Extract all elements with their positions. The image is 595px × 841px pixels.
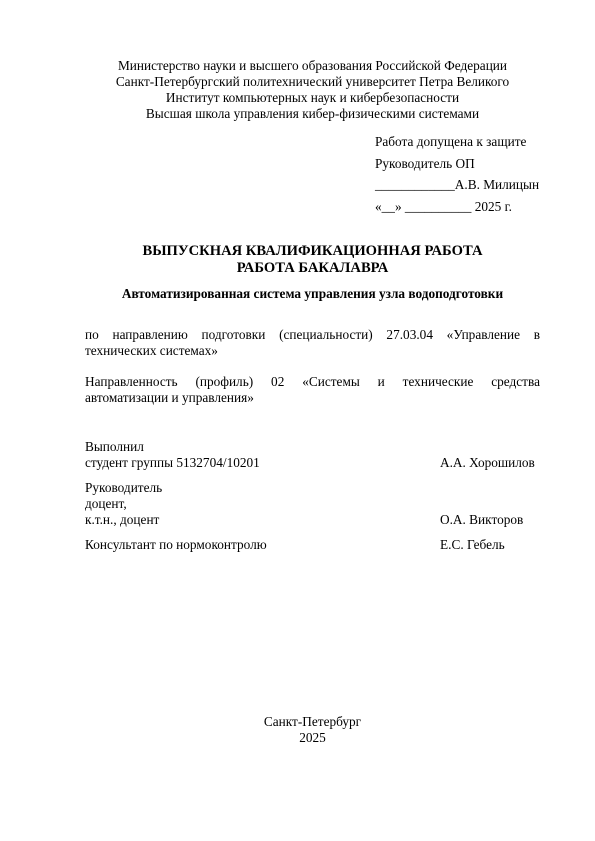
institution-header: Министерство науки и высшего образования… [85,58,540,122]
supervisor-signature: Руководитель доцент, к.т.н., доцент О.А.… [85,480,540,528]
approval-block: Работа допущена к защите Руководитель ОП… [375,131,539,217]
supervisor-label-line-2: доцент, [85,496,162,512]
footer-year: 2025 [85,730,540,746]
direction-paragraph: по направлению подготовки (специальности… [85,327,540,359]
profile-line-1: Направленность (профиль) 02 «Системы и т… [85,374,540,390]
footer: Санкт-Петербург 2025 [85,714,540,746]
ministry-line: Министерство науки и высшего образования… [85,58,540,74]
supervisor-name: О.А. Викторов [440,512,523,528]
profile-paragraph: Направленность (профиль) 02 «Системы и т… [85,374,540,406]
supervisor-label: Руководитель доцент, к.т.н., доцент [85,480,162,528]
footer-city: Санкт-Петербург [85,714,540,730]
thesis-topic: Автоматизированная система управления уз… [85,286,540,302]
supervisor-label-line-1: Руководитель [85,480,162,496]
approval-date-line: «__» __________ 2025 г. [375,196,539,218]
student-signature: Выполнил студент группы 5132704/10201 А.… [85,439,540,471]
title-line-1: ВЫПУСКНАЯ КВАЛИФИКАЦИОННАЯ РАБОТА [85,243,540,260]
profile-line-2: автоматизации и управления» [85,390,540,406]
direction-line-1: по направлению подготовки (специальности… [85,327,540,343]
title-line-2: РАБОТА БАКАЛАВРА [85,260,540,277]
university-line: Санкт-Петербургский политехнический унив… [85,74,540,90]
supervisor-label-line-3: к.т.н., доцент [85,512,162,528]
approval-signature-line: ____________А.В. Милицын [375,174,539,196]
school-line: Высшая школа управления кибер-физическим… [85,106,540,122]
student-name: А.А. Хорошилов [440,455,535,471]
document-title: ВЫПУСКНАЯ КВАЛИФИКАЦИОННАЯ РАБОТА РАБОТА… [85,243,540,277]
topic-text: Автоматизированная система управления уз… [85,286,540,302]
approval-admitted: Работа допущена к защите [375,131,539,153]
student-label-line-1: Выполнил [85,439,260,455]
student-label-line-2: студент группы 5132704/10201 [85,455,260,471]
direction-line-2: технических системах» [85,343,540,359]
norm-control-name: Е.С. Гебель [440,537,505,553]
institute-line: Институт компьютерных наук и кибербезопа… [85,90,540,106]
student-label: Выполнил студент группы 5132704/10201 [85,439,260,471]
norm-control-label: Консультант по нормоконтролю [85,537,267,553]
norm-control-signature: Консультант по нормоконтролю Е.С. Гебель [85,537,540,553]
approval-head-title: Руководитель ОП [375,153,539,175]
